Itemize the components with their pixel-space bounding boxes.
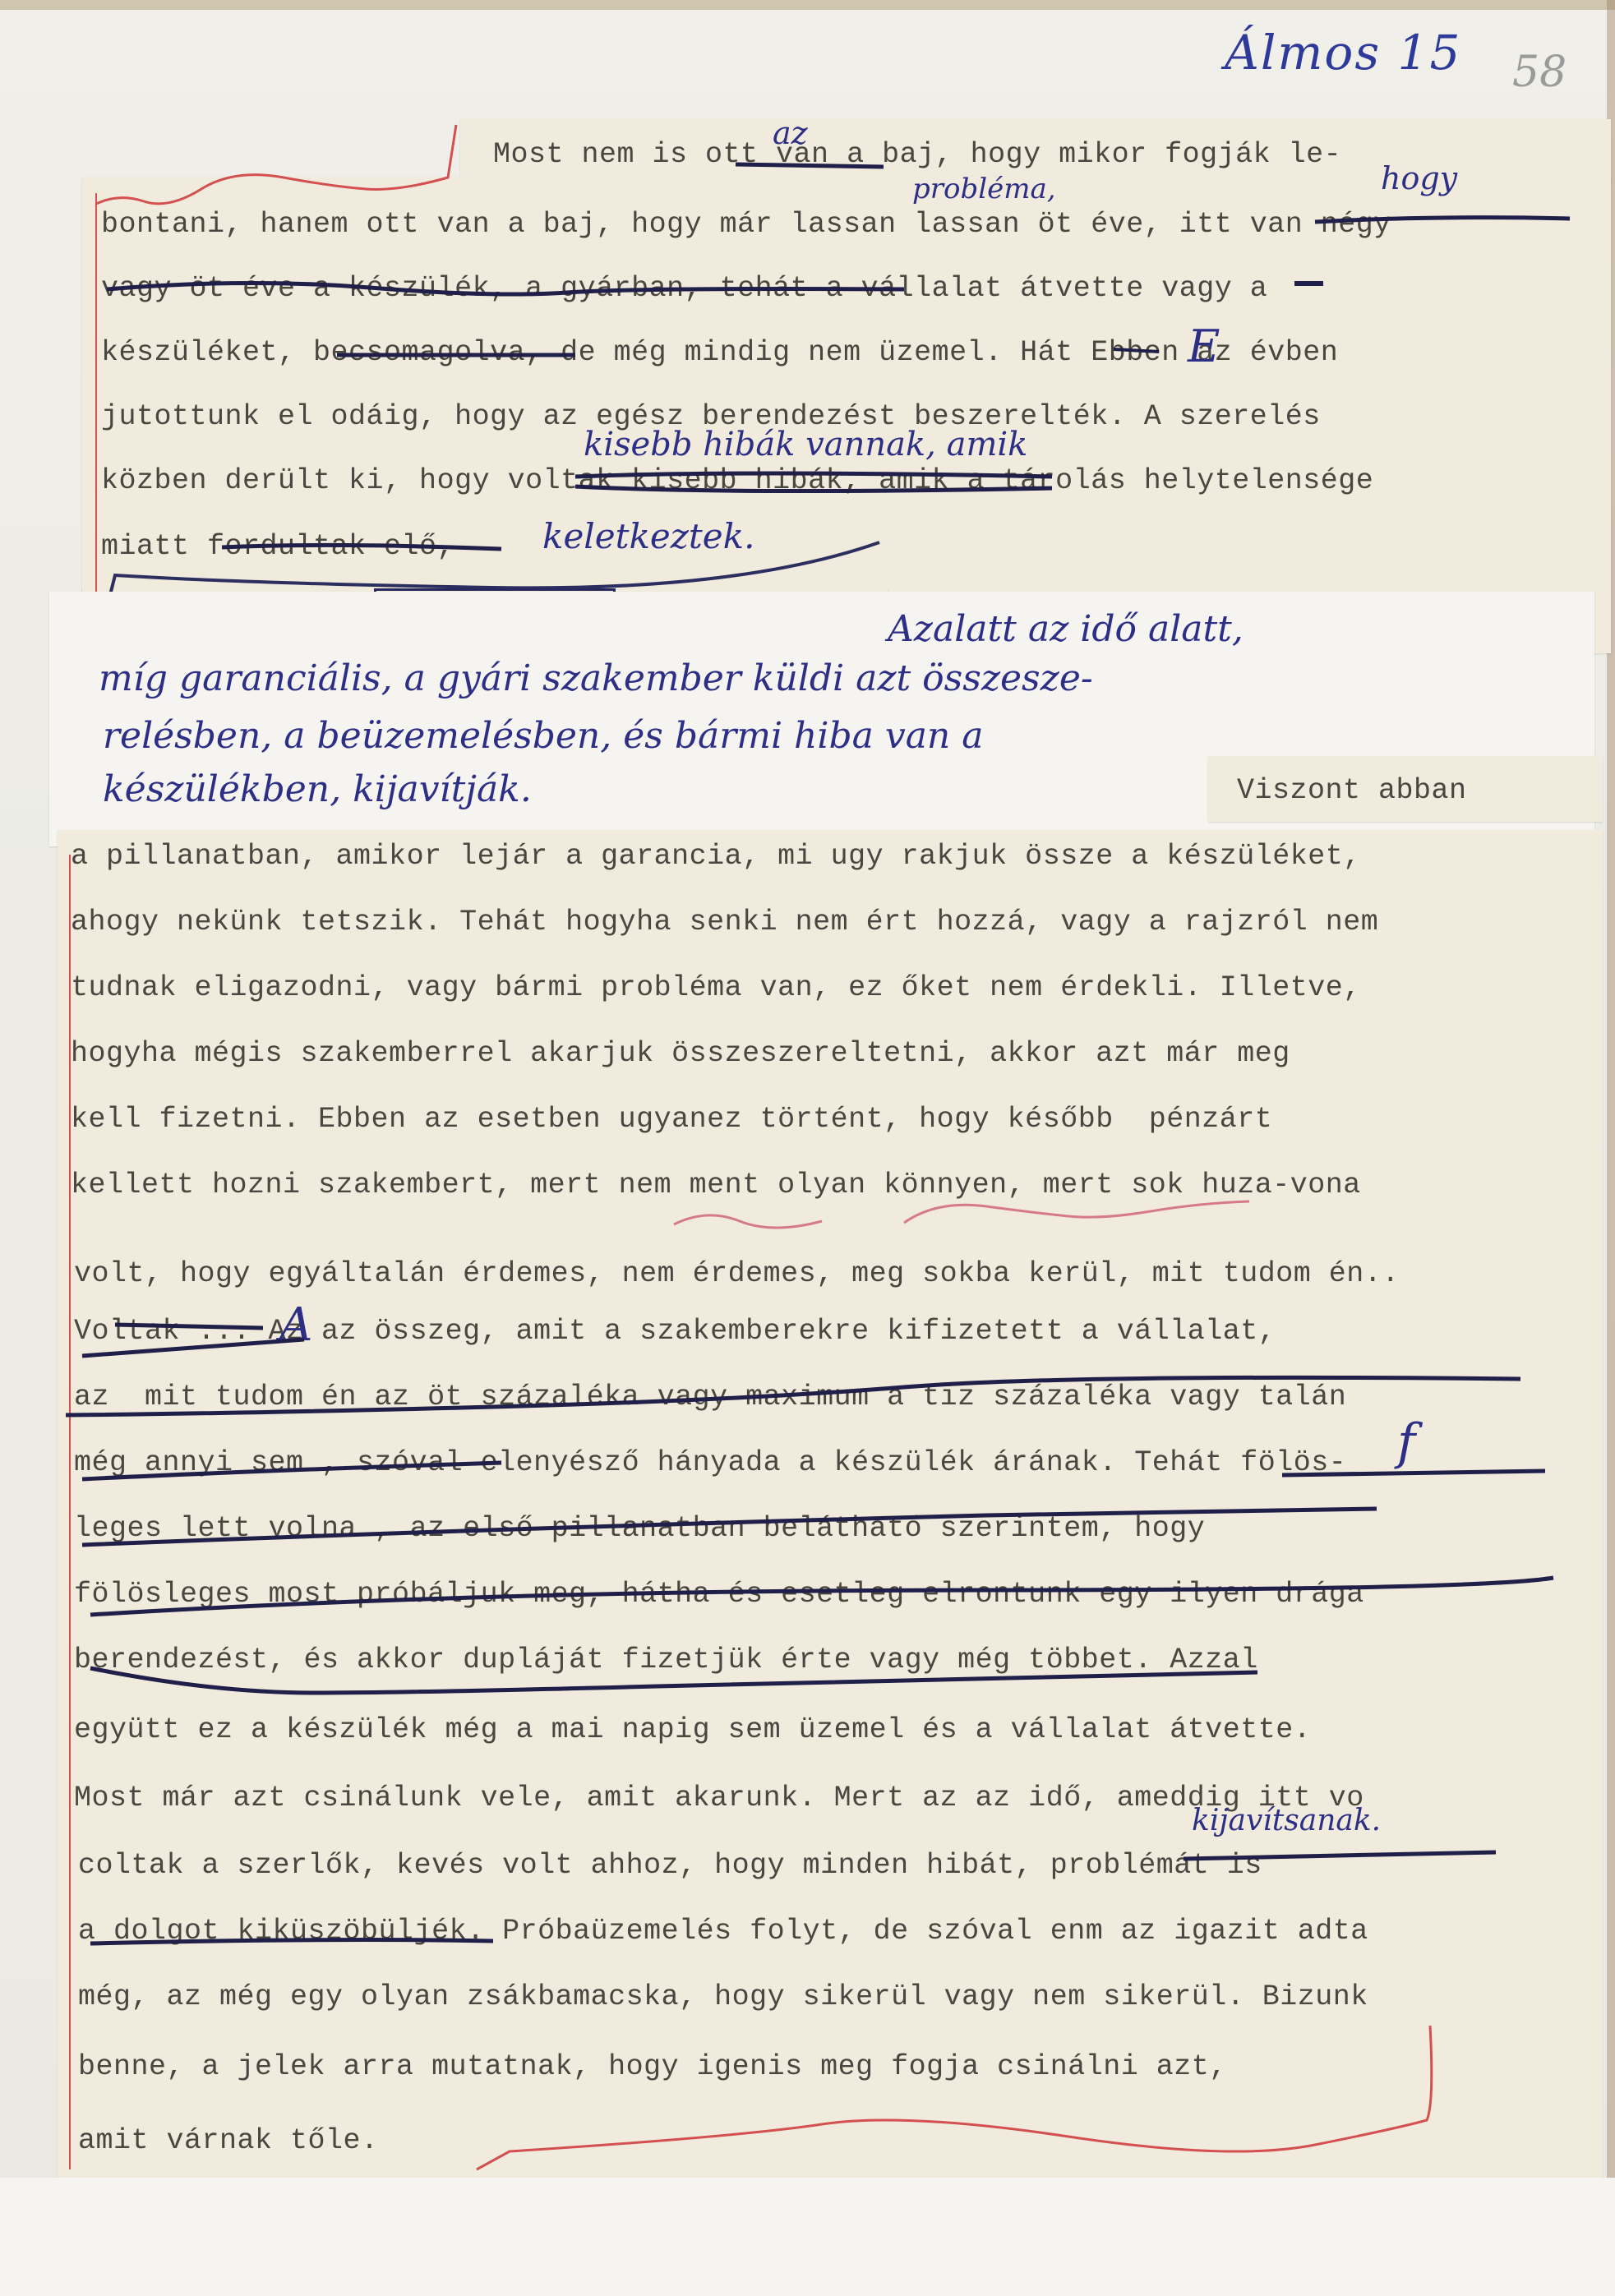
ink-strikethroughs-slip-3 (0, 0, 1615, 2296)
underlying-sheet-bottom (0, 2178, 1615, 2296)
